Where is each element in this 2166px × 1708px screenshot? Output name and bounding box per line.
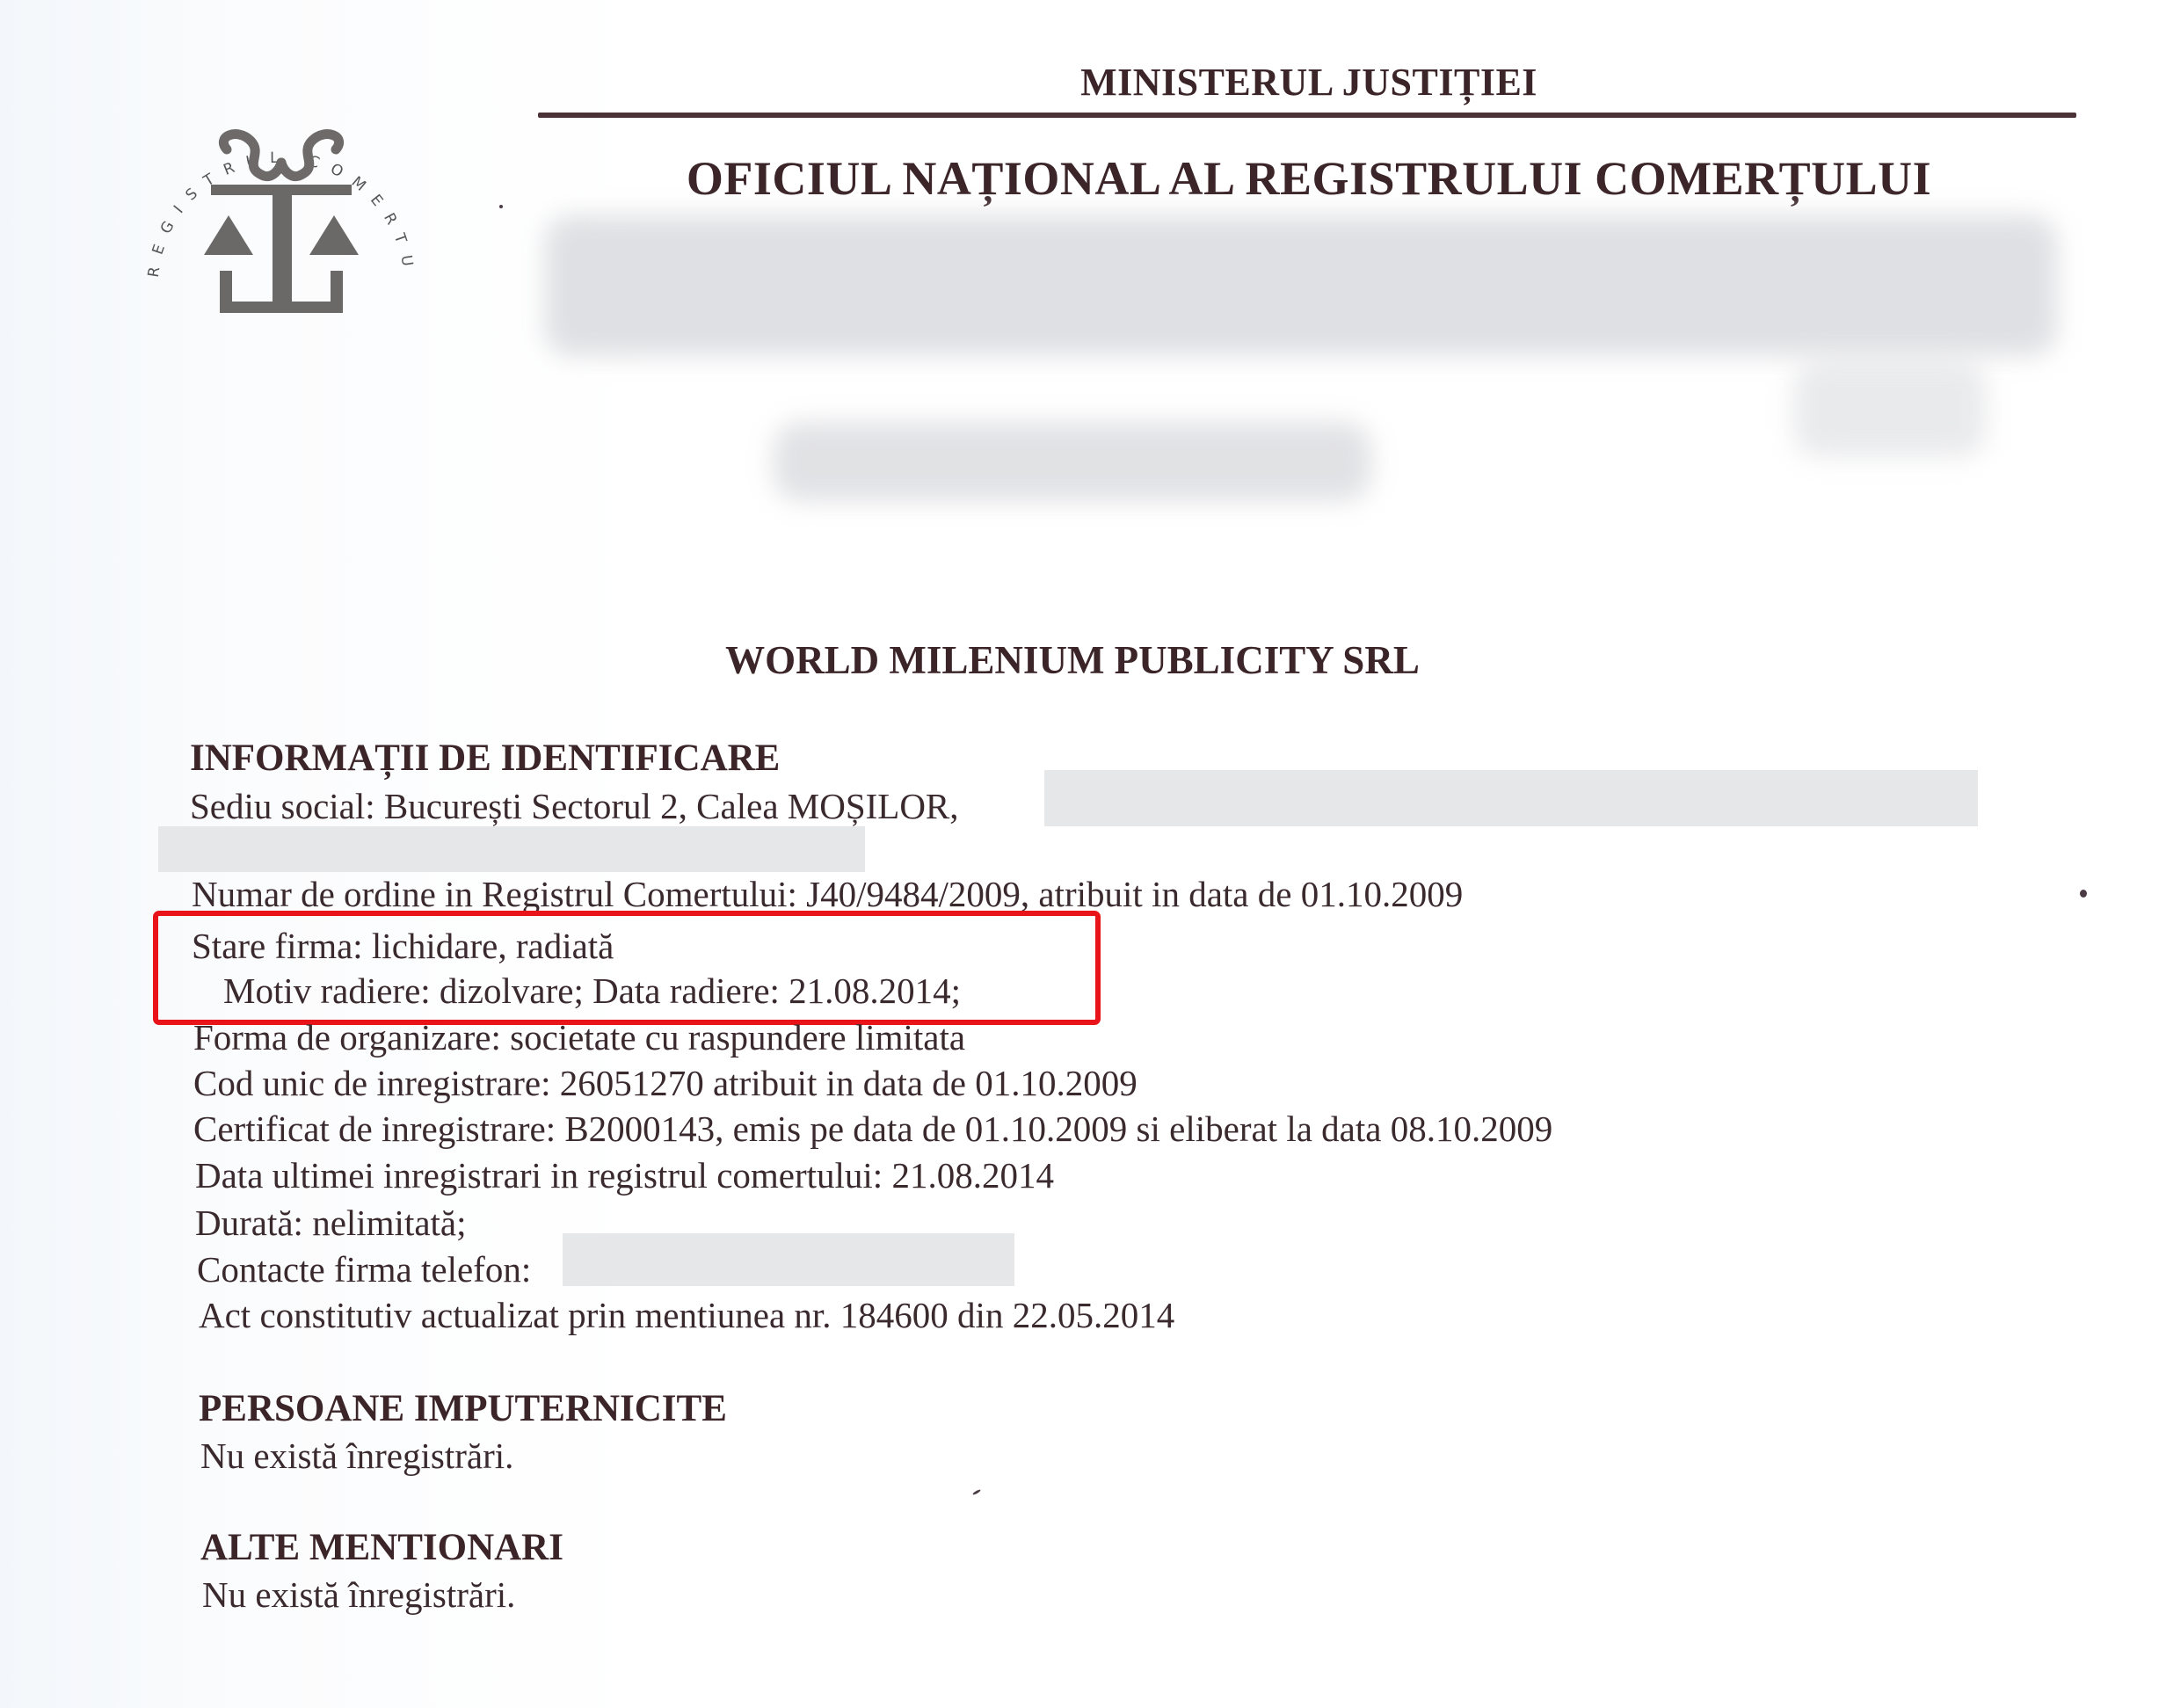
redacted-block (545, 215, 2057, 356)
deregistration-info: Motiv radiere: dizolvare; Data radiere: … (223, 970, 961, 1012)
other-mentions-text: Nu există înregistrări. (202, 1574, 515, 1616)
ministry-title: MINISTERUL JUSTIȚIEI (540, 60, 2078, 105)
unique-registration-code: Cod unic de inregistrare: 26051270 atrib… (193, 1062, 1138, 1104)
redacted-phone (563, 1233, 1014, 1286)
other-mentions-heading: ALTE MENTIONARI (200, 1526, 563, 1569)
scan-speck (499, 205, 503, 208)
organization-form: Forma de organizare: societate cu raspun… (193, 1016, 965, 1058)
authorized-persons-text: Nu există înregistrări. (200, 1435, 513, 1477)
redacted-block (1793, 360, 1987, 457)
registry-logo: REGISTRUL COMERTULUI (132, 66, 431, 321)
company-status: Stare firma: lichidare, radiată (192, 925, 614, 967)
registry-number: Numar de ordine in Registrul Comertului:… (192, 873, 1463, 915)
redacted-address (1044, 770, 1978, 826)
registration-certificate: Certificat de inregistrare: B2000143, em… (193, 1108, 1552, 1150)
duration: Durată: nelimitată; (195, 1202, 467, 1244)
registered-office: Sediu social: București Sectorul 2, Cale… (190, 785, 959, 827)
redacted-block (774, 422, 1371, 501)
phone-label: Contacte firma telefon: (197, 1248, 531, 1290)
last-registration-date: Data ultimei inregistrari in registrul c… (195, 1154, 1054, 1196)
scan-speck (2080, 890, 2087, 898)
redacted-address-line2 (158, 826, 865, 872)
header-divider (538, 113, 2076, 118)
company-name: WORLD MILENIUM PUBLICITY SRL (563, 637, 1582, 683)
office-title: OFICIUL NAȚIONAL AL REGISTRULUI COMERȚUL… (540, 151, 2078, 206)
scan-speck (972, 1489, 981, 1496)
authorized-persons-heading: PERSOANE IMPUTERNICITE (199, 1387, 727, 1430)
articles-of-association: Act constitutiv actualizat prin mentiune… (199, 1294, 1174, 1336)
identification-heading: INFORMAȚII DE IDENTIFICARE (190, 737, 780, 780)
